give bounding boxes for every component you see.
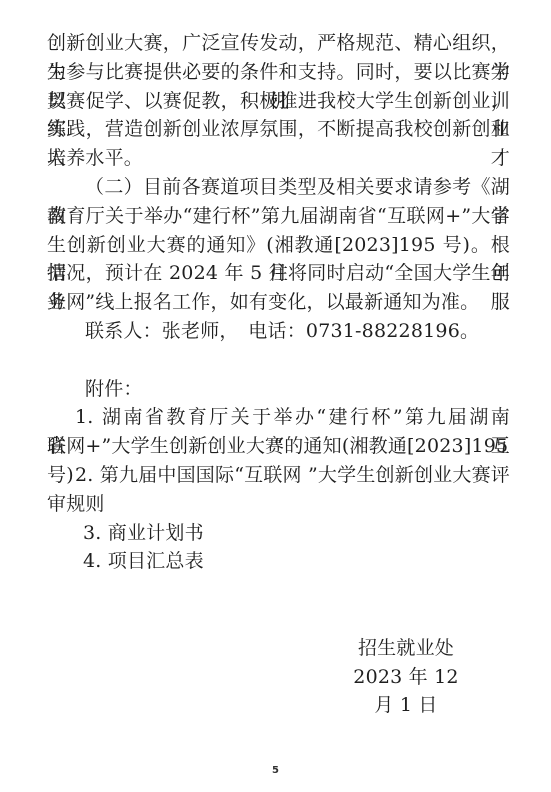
document-body: 创新创业大赛，广泛宣传发动，严格规范、精心组织，为学生参与比赛提供必要的条件和支… (47, 29, 510, 691)
text-line: 务网”线上报名工作，如有变化，以最新通知为准。 (47, 288, 510, 317)
text-line: 以赛促学、以赛促教，积极推进我校大学生创新创业训练和 (47, 87, 510, 116)
text-line (47, 576, 510, 605)
attachments-heading: 附件： (47, 375, 510, 404)
attachment-item-4: 4. 项目汇总表 (47, 547, 510, 576)
text-line: 生创新创业大赛的通知》(湘教通[2023]195 号)。根据往年 (47, 231, 510, 260)
attachment-item-1: 联网+”大学生创新创业大赛的通知(湘教通[2023]195 号) (47, 432, 510, 461)
document-page: 创新创业大赛，广泛宣传发动，严格规范、精心组织，为学生参与比赛提供必要的条件和支… (0, 0, 551, 792)
text-line: 生参与比赛提供必要的条件和支持。同时，要以比赛为契机， (47, 58, 510, 87)
text-line: 实践，营造创新创业浓厚氛围，不断提高我校创新创业人才 (47, 115, 510, 144)
page-number: 5 (0, 763, 551, 779)
text-line: 情况，预计在 2024 年 5 月将同时启动“全国大学生创业服 (47, 259, 510, 288)
attachment-item-3: 3. 商业计划书 (47, 519, 510, 548)
attachment-item-2: 审规则 (47, 490, 510, 519)
attachment-item-1: 1. 湖南省教育厅关于举办“建行杯”第九届湖南省“互 (47, 403, 510, 432)
text-line: 创新创业大赛，广泛宣传发动，严格规范、精心组织，为学 (47, 29, 510, 58)
text-line: 教育厅关于举办“建行杯”第九届湖南省“互联网+”大学 (47, 202, 510, 231)
text-line (47, 605, 510, 634)
text-line: （二）目前各赛道项目类型及相关要求请参考《湖南省 (47, 173, 510, 202)
contact-line: 联系人：张老师， 电话：0731-88228196。 (47, 317, 510, 346)
signature-date: 2023 年 12 月 1 日 (342, 663, 470, 692)
signature-department: 招生就业处 (342, 634, 470, 663)
attachment-item-2: 2. 第九届中国国际“互联网 ”大学生创新创业大赛评 (47, 461, 510, 490)
text-line (47, 346, 510, 375)
